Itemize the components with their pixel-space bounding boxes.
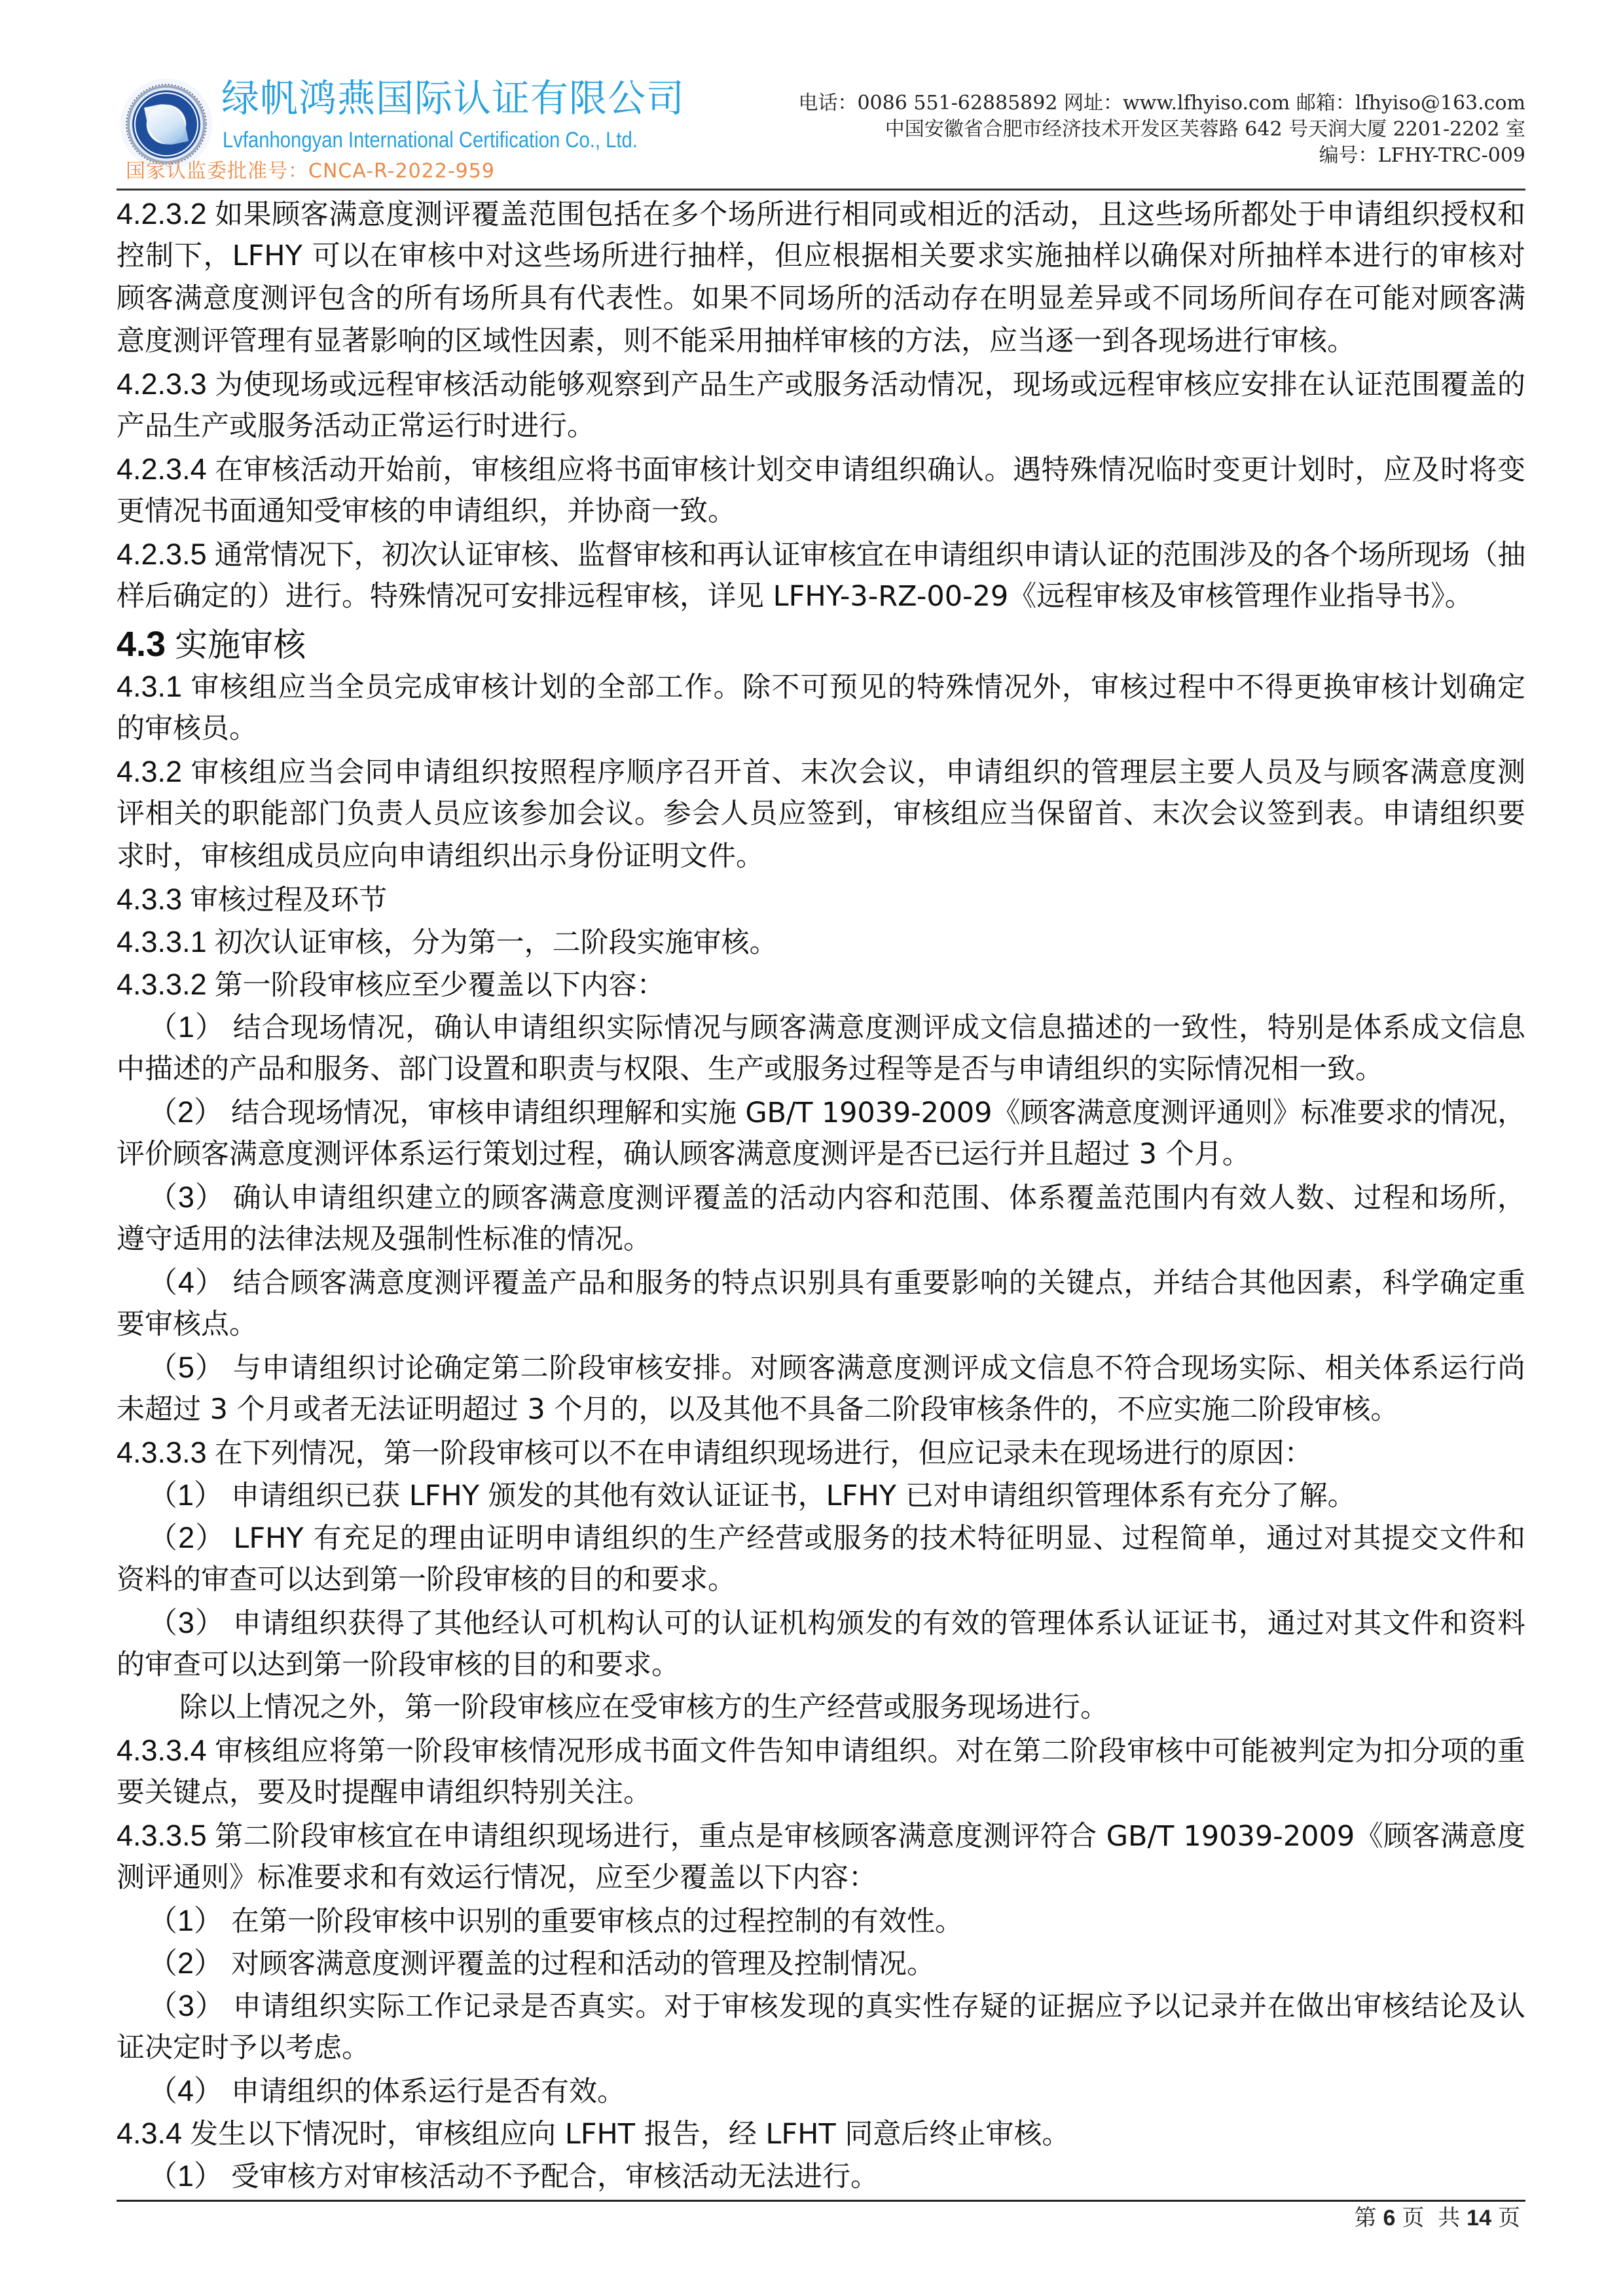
clause-paragraph: （2）结合现场情况，审核申请组织理解和实施 GB/T 19039-2009《顾客… <box>117 1091 1525 1176</box>
clause-paragraph: 4.3.3.3在下列情况，第一阶段审核可以不在申请组织现场进行，但应记录未在现场… <box>117 1431 1525 1474</box>
clause-number: 4.3.3.5 <box>117 1819 207 1852</box>
clause-paragraph: （1）结合现场情况，确认申请组织实际情况与顾客满意度测评成文信息描述的一致性，特… <box>117 1006 1525 1091</box>
clause-line: 控制下，LFHY 可以在审核中对这些场所进行抽样，但应根据相关要求实施抽样以确保… <box>117 235 1525 278</box>
clause-paragraph: （1）在第一阶段审核中识别的重要审核点的过程控制的有效性。 <box>117 1899 1525 1942</box>
clause-paragraph: （4）结合顾客满意度测评覆盖产品和服务的特点识别具有重要影响的关键点，并结合其他… <box>117 1261 1525 1346</box>
clause-paragraph: （1）受审核方对审核活动不予配合，审核活动无法进行。 <box>117 2155 1525 2197</box>
clause-line: 4.2.3.5通常情况下，初次认证审核、监督审核和再认证审核宜在申请组织申请认证… <box>117 533 1525 575</box>
clause-number: 4.2.3.2 <box>117 197 207 230</box>
clause-line: 4.3.3.3在下列情况，第一阶段审核可以不在申请组织现场进行，但应记录未在现场… <box>117 1431 1525 1474</box>
clause-text: 结合顾客满意度测评覆盖产品和服务的特点识别具有重要影响的关键点，并结合其他因素，… <box>233 1267 1525 1300</box>
page-middle: 页 共 <box>1402 2205 1460 2231</box>
clause-line: 4.3.3.5第二阶段审核宜在申请组织现场进行，重点是审核顾客满意度测评符合 G… <box>117 1814 1525 1857</box>
clause-paragraph: 4.2.3.3为使现场或远程审核活动能够观察到产品生产或服务活动情况，现场或远程… <box>117 363 1525 448</box>
clause-line: 评价顾客满意度测评体系运行策划过程，确认顾客满意度测评是否已运行并且超过 3 个… <box>117 1133 1525 1176</box>
clause-line: 样后确定的）进行。特殊情况可安排远程审核，详见 LFHY-3-RZ-00-29《… <box>117 575 1525 618</box>
contact-line: 电话：0086 551-62885892 网址：www.lfhyiso.com … <box>798 90 1525 117</box>
page-total: 14 <box>1460 2206 1498 2231</box>
clause-line: （4）结合顾客满意度测评覆盖产品和服务的特点识别具有重要影响的关键点，并结合其他… <box>117 1261 1525 1303</box>
clause-paragraph: 4.3.2审核组应当会同申请组织按照程序顺序召开首、末次会议，申请组织的管理层主… <box>117 750 1525 878</box>
clause-text: 结合现场情况，审核申请组织理解和实施 GB/T 19039-2009《顾客满意度… <box>231 1097 1525 1129</box>
clause-paragraph: 4.2.3.5通常情况下，初次认证审核、监督审核和再认证审核宜在申请组织申请认证… <box>117 533 1525 618</box>
clause-line: 4.3.2审核组应当会同申请组织按照程序顺序召开首、末次会议，申请组织的管理层主… <box>117 750 1525 793</box>
clause-line: 4.2.3.2如果顾客满意度测评覆盖范围包括在多个场所进行相同或相近的活动，且这… <box>117 192 1525 235</box>
clause-text: 第一阶段审核应至少覆盖以下内容： <box>215 969 665 1002</box>
clause-paragraph: 4.3.3.1初次认证审核，分为第一，二阶段实施审核。 <box>117 920 1525 963</box>
clause-text: 与申请组织讨论确定第二阶段审核安排。对顾客满意度测评成文信息不符合现场实际、相关… <box>233 1352 1525 1385</box>
clause-text: 中描述的产品和服务、部门设置和职责与权限、生产或服务过程等是否与申请组织的实际情… <box>117 1053 1383 1085</box>
clause-text: 为使现场或远程审核活动能够观察到产品生产或服务活动情况，现场或远程审核应安排在认… <box>215 369 1525 401</box>
clause-number: （1） <box>148 1478 223 1512</box>
clause-line: 资料的审查可以达到第一阶段审核的目的和要求。 <box>117 1559 1525 1601</box>
clause-paragraph: （4）申请组织的体系运行是否有效。 <box>117 2069 1525 2112</box>
clause-text: 结合现场情况，确认申请组织实际情况与顾客满意度测评成文信息描述的一致性，特别是体… <box>233 1011 1525 1044</box>
clause-text: 控制下，LFHY 可以在审核中对这些场所进行抽样，但应根据相关要求实施抽样以确保… <box>117 240 1525 272</box>
clause-text: 第二阶段审核宜在申请组织现场进行，重点是审核顾客满意度测评符合 GB/T 190… <box>215 1820 1525 1853</box>
clause-text: 要审核点。 <box>117 1308 257 1341</box>
clause-number: 4.3.3.2 <box>117 968 207 1001</box>
seal-emblem-icon <box>120 79 212 170</box>
clause-text: 对顾客满意度测评覆盖的过程和活动的管理及控制情况。 <box>231 1948 935 1980</box>
clause-number: 4.3.3.4 <box>117 1734 207 1767</box>
doc-number: 编号：LFHY-TRC-009 <box>798 143 1525 169</box>
clause-paragraph: 4.3.3审核过程及环节 <box>117 878 1525 920</box>
clause-text: LFHY 有充足的理由证明申请组织的生产经营或服务的技术特征明显、过程简单，通过… <box>233 1522 1525 1555</box>
clause-text: 如果顾客满意度测评覆盖范围包括在多个场所进行相同或相近的活动，且这些场所都处于申… <box>215 198 1525 231</box>
brand-name-en: Lvfanhongyan International Certification… <box>223 127 638 153</box>
clause-number: （1） <box>148 1010 225 1044</box>
clause-text: 测评通则》标准要求和有效运行情况，应至少覆盖以下内容： <box>117 1861 877 1894</box>
clause-line: 中描述的产品和服务、部门设置和职责与权限、生产或服务过程等是否与申请组织的实际情… <box>117 1048 1525 1091</box>
clause-text: 申请组织实际工作记录是否真实。对于审核发现的真实性存疑的证据应予以记录并在做出审… <box>233 1990 1525 2023</box>
clause-paragraph: （3）申请组织获得了其他经认可机构认可的认证机构颁发的有效的管理体系认证证书，通… <box>117 1601 1525 1686</box>
clause-line: （3）确认申请组织建立的顾客满意度测评覆盖的活动内容和范围、体系覆盖范围内有效人… <box>117 1176 1525 1218</box>
clause-number: 4.3.3.3 <box>117 1436 207 1469</box>
clause-number: （5） <box>148 1351 225 1384</box>
clause-number: （2） <box>148 1095 223 1129</box>
page-number: 第6页 共14页 <box>1354 2204 1520 2232</box>
clause-paragraph: 4.3.1审核组应当全员完成审核计划的全部工作。除不可预见的特殊情况外，审核过程… <box>117 665 1525 750</box>
clause-text: 申请组织已获 LFHY 颁发的其他有效认证证书，LFHY 已对申请组织管理体系有… <box>231 1480 1356 1512</box>
clause-line: （2）对顾客满意度测评覆盖的过程和活动的管理及控制情况。 <box>117 1942 1525 1984</box>
clause-number: （4） <box>148 2074 223 2107</box>
clause-text: 顾客满意度测评包含的所有场所具有代表性。如果不同场所的活动存在明显差异或不同场所… <box>117 282 1525 315</box>
clause-text: 的审查可以达到第一阶段审核的目的和要求。 <box>117 1649 680 1681</box>
header-divider <box>117 189 1525 191</box>
clause-number: （3） <box>148 1989 225 2022</box>
section-title: 实施审核 <box>175 626 306 664</box>
clause-line: （1）在第一阶段审核中识别的重要审核点的过程控制的有效性。 <box>117 1899 1525 1942</box>
clause-text: 受审核方对审核活动不予配合，审核活动无法进行。 <box>231 2160 879 2193</box>
clause-line: 要关键点，要及时提醒申请组织特别关注。 <box>117 1772 1525 1814</box>
clause-line: 意度测评管理有显著影响的区域性因素，则不能采用抽样审核的方法，应当逐一到各现场进… <box>117 320 1525 363</box>
clause-text: 初次认证审核，分为第一，二阶段实施审核。 <box>215 926 778 959</box>
clause-line: 评相关的职能部门负责人员应该参加会议。参会人员应签到，审核组应当保留首、末次会议… <box>117 793 1525 835</box>
clause-paragraph: （3）确认申请组织建立的顾客满意度测评覆盖的活动内容和范围、体系覆盖范围内有效人… <box>117 1176 1525 1261</box>
clause-text: 申请组织的体系运行是否有效。 <box>231 2075 625 2108</box>
clause-number: （1） <box>148 1904 223 1937</box>
clause-paragraph: （3）申请组织实际工作记录是否真实。对于审核发现的真实性存疑的证据应予以记录并在… <box>117 1984 1525 2069</box>
footer-divider <box>117 2200 1525 2202</box>
clause-number: 4.2.3.5 <box>117 538 207 571</box>
clause-number: （3） <box>148 1180 225 1214</box>
company-seal-logo <box>117 73 215 172</box>
section-heading: 4.3实施审核 <box>117 618 1525 665</box>
clause-paragraph: （2）LFHY 有充足的理由证明申请组织的生产经营或服务的技术特征明显、过程简单… <box>117 1516 1525 1601</box>
clause-number: （1） <box>148 2159 223 2193</box>
approval-number: 国家认监委批准号：CNCA-R-2022-959 <box>126 160 495 183</box>
clause-paragraph: 4.3.3.4审核组应将第一阶段审核情况形成书面文件告知申请组织。对在第二阶段审… <box>117 1729 1525 1814</box>
clause-text: 审核组应当会同申请组织按照程序顺序召开首、末次会议，申请组织的管理层主要人员及与… <box>190 756 1525 789</box>
clause-line: 的审查可以达到第一阶段审核的目的和要求。 <box>117 1644 1525 1686</box>
clause-text: 评相关的职能部门负责人员应该参加会议。参会人员应签到，审核组应当保留首、末次会议… <box>117 797 1525 830</box>
clause-line: 的审核员。 <box>117 708 1525 750</box>
clause-line: （2）LFHY 有充足的理由证明申请组织的生产经营或服务的技术特征明显、过程简单… <box>117 1516 1525 1559</box>
clause-number: （2） <box>148 1521 225 1554</box>
document-page: 绿帆鸿燕国际认证有限公司 Lvfanhongyan International … <box>0 0 1623 2296</box>
clause-number: 4.2.3.3 <box>117 367 207 401</box>
clause-paragraph: 4.2.3.4在审核活动开始前，审核组应将书面审核计划交申请组织确认。遇特殊情况… <box>117 448 1525 533</box>
clause-text: 要关键点，要及时提醒申请组织特别关注。 <box>117 1776 651 1809</box>
address-line: 中国安徽省合肥市经济技术开发区芙蓉路 642 号天润大厦 2201-2202 室 <box>798 117 1525 143</box>
clause-text: 发生以下情况时，审核组应向 LFHT 报告，经 LFHT 同意后终止审核。 <box>190 2118 1070 2151</box>
section-number: 4.3 <box>117 625 166 664</box>
clause-line: （5）与申请组织讨论确定第二阶段审核安排。对顾客满意度测评成文信息不符合现场实际… <box>117 1346 1525 1389</box>
clause-paragraph: （1）申请组织已获 LFHY 颁发的其他有效认证证书，LFHY 已对申请组织管理… <box>117 1474 1525 1516</box>
clause-line: 更情况书面通知受审核的申请组织，并协商一致。 <box>117 490 1525 533</box>
clause-line: 未超过 3 个月或者无法证明超过 3 个月的，以及其他不具备二阶段审核条件的，不… <box>117 1389 1525 1431</box>
clause-line: 求时，审核组成员应向申请组织出示身份证明文件。 <box>117 835 1525 878</box>
clause-text: 在下列情况，第一阶段审核可以不在申请组织现场进行，但应记录未在现场进行的原因： <box>215 1437 1313 1470</box>
clause-line: （1）受审核方对审核活动不予配合，审核活动无法进行。 <box>117 2155 1525 2197</box>
clause-text: 求时，审核组成员应向申请组织出示身份证明文件。 <box>117 840 764 873</box>
clause-text: 审核组应将第一阶段审核情况形成书面文件告知申请组织。对在第二阶段审核中可能被判定… <box>215 1735 1525 1768</box>
page-header: 绿帆鸿燕国际认证有限公司 Lvfanhongyan International … <box>117 71 1525 190</box>
clause-paragraph: 4.2.3.2如果顾客满意度测评覆盖范围包括在多个场所进行相同或相近的活动，且这… <box>117 192 1525 363</box>
clause-text: 审核过程及环节 <box>190 884 387 917</box>
clause-text: 审核组应当全员完成审核计划的全部工作。除不可预见的特殊情况外，审核过程中不得更换… <box>190 671 1525 704</box>
clause-number: （3） <box>148 1606 225 1639</box>
clause-number: （2） <box>148 1946 223 1980</box>
clause-line: 除以上情况之外，第一阶段审核应在受审核方的生产经营或服务现场进行。 <box>117 1686 1525 1729</box>
clause-line: 4.2.3.4在审核活动开始前，审核组应将书面审核计划交申请组织确认。遇特殊情况… <box>117 448 1525 490</box>
clause-text: 产品生产或服务活动正常运行时进行。 <box>117 410 595 443</box>
clause-paragraph: （2）对顾客满意度测评覆盖的过程和活动的管理及控制情况。 <box>117 1942 1525 1984</box>
clause-text: 评价顾客满意度测评体系运行策划过程，确认顾客满意度测评是否已运行并且超过 3 个… <box>117 1138 1250 1171</box>
clause-text: 遵守适用的法律法规及强制性标准的情况。 <box>117 1223 651 1256</box>
clause-line: 遵守适用的法律法规及强制性标准的情况。 <box>117 1218 1525 1261</box>
clause-line: 证决定时予以考虑。 <box>117 2027 1525 2069</box>
clause-text: 未超过 3 个月或者无法证明超过 3 个月的，以及其他不具备二阶段审核条件的，不… <box>117 1393 1398 1426</box>
clause-line: （2）结合现场情况，审核申请组织理解和实施 GB/T 19039-2009《顾客… <box>117 1091 1525 1133</box>
clause-text: 除以上情况之外，第一阶段审核应在受审核方的生产经营或服务现场进行。 <box>179 1691 1108 1724</box>
brand-name-cn: 绿帆鸿燕国际认证有限公司 <box>221 77 685 119</box>
clause-line: 产品生产或服务活动正常运行时进行。 <box>117 405 1525 448</box>
clause-paragraph: 除以上情况之外，第一阶段审核应在受审核方的生产经营或服务现场进行。 <box>117 1686 1525 1729</box>
clause-line: 顾客满意度测评包含的所有场所具有代表性。如果不同场所的活动存在明显差异或不同场所… <box>117 278 1525 320</box>
clause-line: 测评通则》标准要求和有效运行情况，应至少覆盖以下内容： <box>117 1857 1525 1899</box>
seal-ring-icon <box>120 79 212 170</box>
clause-number: 4.3.1 <box>117 670 182 703</box>
page-prefix: 第 <box>1354 2205 1376 2231</box>
clause-line: （1）结合现场情况，确认申请组织实际情况与顾客满意度测评成文信息描述的一致性，特… <box>117 1006 1525 1048</box>
clause-text: 更情况书面通知受审核的申请组织，并协商一致。 <box>117 495 736 528</box>
clause-line: 4.3.4发生以下情况时，审核组应向 LFHT 报告，经 LFHT 同意后终止审… <box>117 2112 1525 2155</box>
clause-paragraph: 4.3.3.5第二阶段审核宜在申请组织现场进行，重点是审核顾客满意度测评符合 G… <box>117 1814 1525 1899</box>
clause-number: 4.2.3.4 <box>117 452 207 486</box>
clause-line: 4.3.3.2第一阶段审核应至少覆盖以下内容： <box>117 963 1525 1006</box>
clause-text: 在第一阶段审核中识别的重要审核点的过程控制的有效性。 <box>231 1905 963 1938</box>
section-4-2-3-clauses: 4.2.3.2如果顾客满意度测评覆盖范围包括在多个场所进行相同或相近的活动，且这… <box>117 192 1525 618</box>
clause-text: 样后确定的）进行。特殊情况可安排远程审核，详见 LFHY-3-RZ-00-29《… <box>117 580 1473 613</box>
clause-line: （1）申请组织已获 LFHY 颁发的其他有效认证证书，LFHY 已对申请组织管理… <box>117 1474 1525 1516</box>
clause-text: 通常情况下，初次认证审核、监督审核和再认证审核宜在申请组织申请认证的范围涉及的各… <box>215 539 1525 572</box>
clause-number: （4） <box>148 1266 225 1299</box>
clause-line: 4.2.3.3为使现场或远程审核活动能够观察到产品生产或服务活动情况，现场或远程… <box>117 363 1525 405</box>
document-body: 4.2.3.2如果顾客满意度测评覆盖范围包括在多个场所进行相同或相近的活动，且这… <box>117 192 1525 2197</box>
clause-number: 4.3.2 <box>117 755 182 788</box>
clause-text: 确认申请组织建立的顾客满意度测评覆盖的活动内容和范围、体系覆盖范围内有效人数、过… <box>233 1182 1525 1214</box>
page-current: 6 <box>1376 2206 1402 2231</box>
clause-line: （4）申请组织的体系运行是否有效。 <box>117 2069 1525 2112</box>
section-4-3-clauses: 4.3.1审核组应当全员完成审核计划的全部工作。除不可预见的特殊情况外，审核过程… <box>117 665 1525 2197</box>
page-suffix: 页 <box>1498 2205 1520 2231</box>
clause-text: 在审核活动开始前，审核组应将书面审核计划交申请组织确认。遇特殊情况临时变更计划时… <box>215 454 1525 486</box>
clause-line: 4.3.3.4审核组应将第一阶段审核情况形成书面文件告知申请组织。对在第二阶段审… <box>117 1729 1525 1772</box>
clause-text: 意度测评管理有显著影响的区域性因素，则不能采用抽样审核的方法，应当逐一到各现场进… <box>117 325 1355 357</box>
clause-text: 的审核员。 <box>117 712 257 745</box>
clause-line: 4.3.3.1初次认证审核，分为第一，二阶段实施审核。 <box>117 920 1525 963</box>
clause-number: 4.3.3.1 <box>117 925 207 958</box>
clause-paragraph: 4.3.4发生以下情况时，审核组应向 LFHT 报告，经 LFHT 同意后终止审… <box>117 2112 1525 2155</box>
contact-block: 电话：0086 551-62885892 网址：www.lfhyiso.com … <box>798 90 1525 169</box>
clause-text: 申请组织获得了其他经认可机构认可的认证机构颁发的有效的管理体系认证证书，通过对其… <box>233 1607 1525 1640</box>
clause-number: 4.3.3 <box>117 883 182 916</box>
clause-line: 要审核点。 <box>117 1303 1525 1346</box>
clause-text: 资料的审查可以达到第一阶段审核的目的和要求。 <box>117 1563 736 1596</box>
clause-line: （3）申请组织实际工作记录是否真实。对于审核发现的真实性存疑的证据应予以记录并在… <box>117 1984 1525 2027</box>
clause-paragraph: （5）与申请组织讨论确定第二阶段审核安排。对顾客满意度测评成文信息不符合现场实际… <box>117 1346 1525 1431</box>
clause-paragraph: 4.3.3.2第一阶段审核应至少覆盖以下内容： <box>117 963 1525 1006</box>
clause-line: 4.3.3审核过程及环节 <box>117 878 1525 920</box>
clause-text: 证决定时予以考虑。 <box>117 2032 370 2064</box>
clause-line: 4.3.1审核组应当全员完成审核计划的全部工作。除不可预见的特殊情况外，审核过程… <box>117 665 1525 708</box>
clause-number: 4.3.4 <box>117 2117 182 2150</box>
clause-line: （3）申请组织获得了其他经认可机构认可的认证机构颁发的有效的管理体系认证证书，通… <box>117 1601 1525 1644</box>
